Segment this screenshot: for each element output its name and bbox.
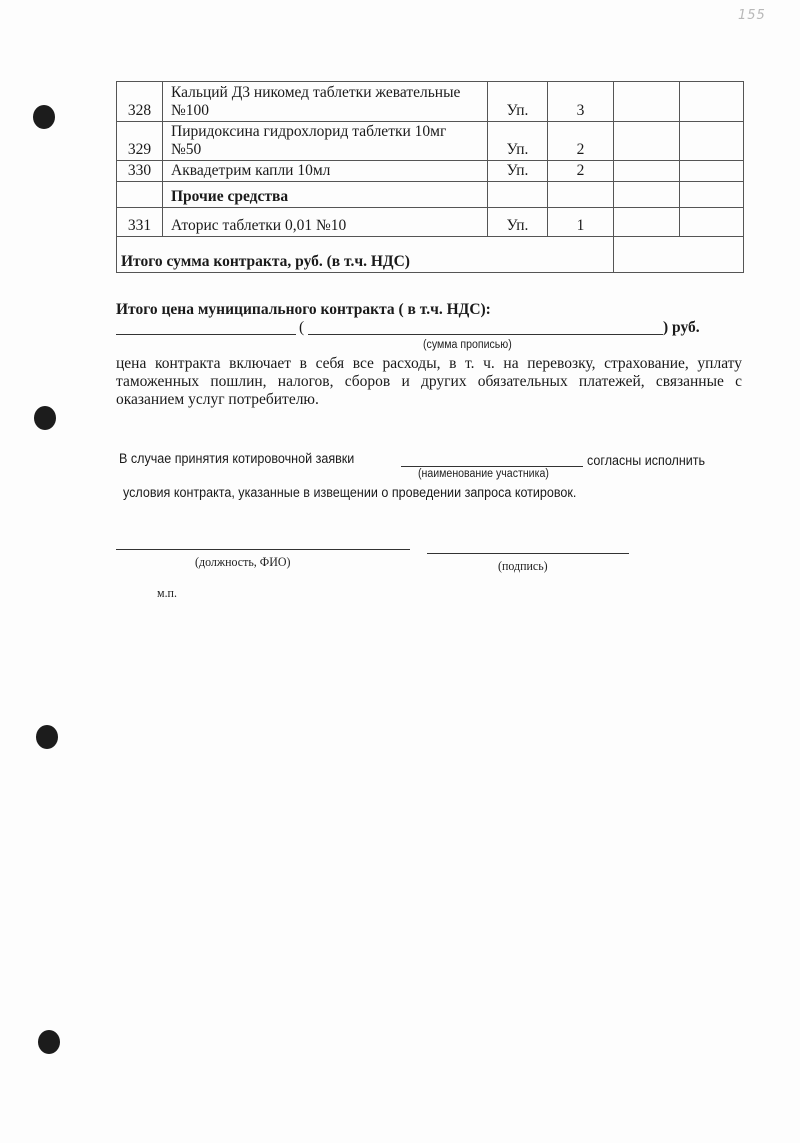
- participant-caption: (наименование участника): [418, 468, 549, 480]
- position-name-line: [116, 549, 410, 550]
- total-label: Итого сумма контракта, руб. (в т.ч. НДС): [117, 237, 614, 273]
- item-sum: [680, 161, 744, 182]
- open-paren: (: [299, 319, 304, 337]
- punch-hole: [36, 725, 58, 749]
- acceptance-line2: условия контракта, указанные в извещении…: [123, 484, 576, 502]
- item-unit: Уп.: [488, 82, 548, 122]
- item-sum: [680, 208, 744, 237]
- total-row: Итого сумма контракта, руб. (в т.ч. НДС): [117, 237, 744, 273]
- amount-words-caption: (сумма прописью): [423, 339, 512, 351]
- acceptance-suffix: согласны исполнить: [587, 452, 705, 470]
- empty-cell: [680, 182, 744, 208]
- item-price: [614, 208, 680, 237]
- item-qty: 2: [548, 161, 614, 182]
- table-row: 328 Кальций Д3 никомед таблетки жеватель…: [117, 82, 744, 122]
- item-unit: Уп.: [488, 208, 548, 237]
- signature-line: [427, 553, 629, 554]
- table-row: 329 Пиридоксина гидрохлорид таблетки 10м…: [117, 122, 744, 161]
- category-name: Прочие средства: [163, 182, 488, 208]
- table-row: 331 Аторис таблетки 0,01 №10 Уп. 1: [117, 208, 744, 237]
- page-number: 155: [738, 8, 766, 23]
- item-name-line2: №50: [171, 141, 201, 158]
- row-number: 328: [117, 82, 163, 122]
- empty-cell: [548, 182, 614, 208]
- item-name-line1: Кальций Д3 никомед таблетки жевательные: [171, 84, 460, 101]
- item-sum: [680, 82, 744, 122]
- item-qty: 1: [548, 208, 614, 237]
- signature-caption: (подпись): [498, 558, 548, 574]
- item-name-line2: №100: [171, 102, 209, 119]
- item-price: [614, 161, 680, 182]
- items-table: 328 Кальций Д3 никомед таблетки жеватель…: [116, 81, 744, 273]
- punch-hole: [33, 105, 55, 129]
- currency-label: ) руб.: [663, 319, 700, 337]
- amount-words-line: [308, 334, 663, 335]
- total-value: [614, 237, 744, 273]
- row-number: [117, 182, 163, 208]
- price-includes-paragraph: цена контракта включает в себя все расхо…: [116, 355, 742, 409]
- category-row: Прочие средства: [117, 182, 744, 208]
- row-number: 331: [117, 208, 163, 237]
- item-name: Аторис таблетки 0,01 №10: [163, 208, 488, 237]
- item-price: [614, 122, 680, 161]
- amount-figures-line: [116, 334, 296, 335]
- item-sum: [680, 122, 744, 161]
- item-unit: Уп.: [488, 161, 548, 182]
- punch-hole: [38, 1030, 60, 1054]
- item-qty: 2: [548, 122, 614, 161]
- item-name: Аквадетрим капли 10мл: [163, 161, 488, 182]
- punch-hole: [34, 406, 56, 430]
- item-name: Пиридоксина гидрохлорид таблетки 10мг№50: [163, 122, 488, 161]
- position-caption: (должность, ФИО): [195, 554, 290, 570]
- participant-name-line: [401, 466, 583, 467]
- row-number: 329: [117, 122, 163, 161]
- item-name: Кальций Д3 никомед таблетки жевательные№…: [163, 82, 488, 122]
- item-price: [614, 82, 680, 122]
- row-number: 330: [117, 161, 163, 182]
- stamp-place: м.п.: [157, 585, 177, 601]
- contract-price-heading: Итого цена муниципального контракта ( в …: [116, 301, 491, 319]
- item-qty: 3: [548, 82, 614, 122]
- acceptance-prefix: В случае принятия котировочной заявки: [119, 450, 354, 468]
- item-unit: Уп.: [488, 122, 548, 161]
- empty-cell: [488, 182, 548, 208]
- table-row: 330 Аквадетрим капли 10мл Уп. 2: [117, 161, 744, 182]
- item-name-line1: Пиридоксина гидрохлорид таблетки 10мг: [171, 123, 446, 140]
- empty-cell: [614, 182, 680, 208]
